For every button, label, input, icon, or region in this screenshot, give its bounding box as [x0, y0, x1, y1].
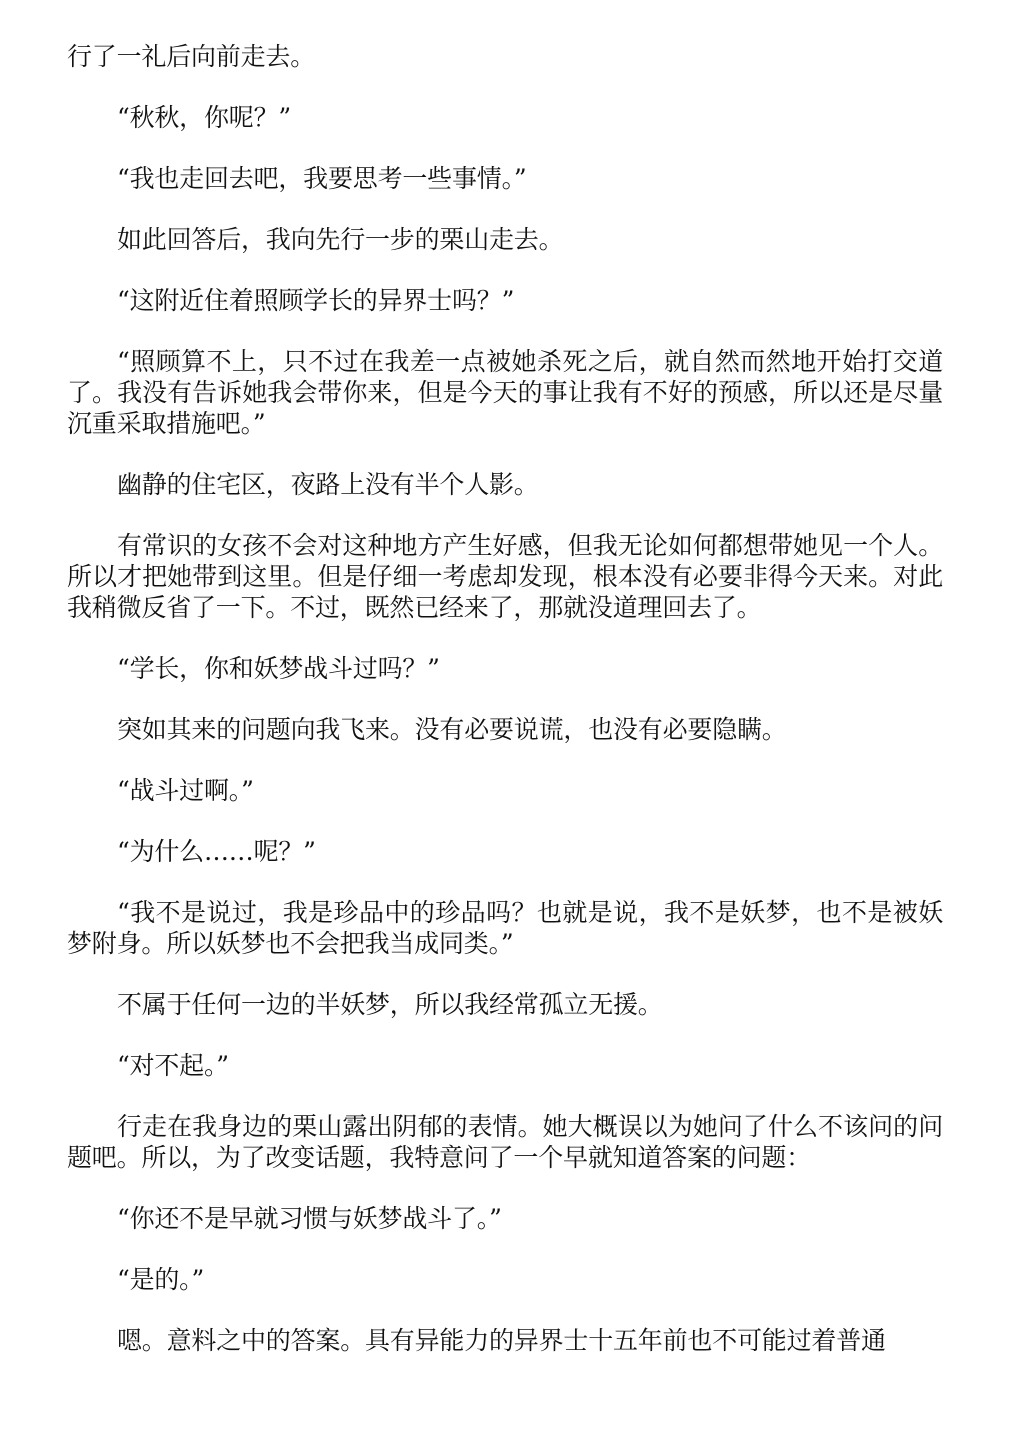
paragraph: “照顾算不上，只不过在我差一点被她杀死之后，就自然而然地开始打交道了。我没有告诉… — [67, 346, 943, 439]
paragraph: “战斗过啊。” — [67, 775, 943, 806]
paragraph: 突如其来的问题向我飞来。没有必要说谎，也没有必要隐瞒。 — [67, 714, 943, 745]
paragraph: “你还不是早就习惯与妖梦战斗了。” — [67, 1203, 943, 1234]
paragraph: 幽静的住宅区，夜路上没有半个人影。 — [67, 469, 943, 500]
paragraph: 行走在我身边的栗山露出阴郁的表情。她大概误以为她问了什么不该问的问题吧。所以，为… — [67, 1111, 943, 1173]
paragraph: 有常识的女孩不会对这种地方产生好感，但我无论如何都想带她见一个人。所以才把她带到… — [67, 530, 943, 623]
paragraph: “这附近住着照顾学长的异界士吗？” — [67, 285, 943, 316]
paragraph: 如此回答后，我向先行一步的栗山走去。 — [67, 224, 943, 255]
paragraph: “为什么……呢？” — [67, 836, 943, 867]
paragraph: “学长，你和妖梦战斗过吗？” — [67, 653, 943, 684]
paragraph: “我不是说过，我是珍品中的珍品吗？也就是说，我不是妖梦，也不是被妖梦附身。所以妖… — [67, 897, 943, 959]
document-page: 行了一礼后向前走去。 “秋秋，你呢？” “我也走回去吧，我要思考一些事情。” 如… — [67, 41, 943, 1386]
paragraph: 行了一礼后向前走去。 — [67, 41, 943, 72]
paragraph: 不属于任何一边的半妖梦，所以我经常孤立无援。 — [67, 989, 943, 1020]
paragraph: “秋秋，你呢？” — [67, 102, 943, 133]
paragraph: 嗯。意料之中的答案。具有异能力的异界士十五年前也不可能过着普通 — [67, 1325, 943, 1356]
paragraph: “对不起。” — [67, 1050, 943, 1081]
paragraph: “我也走回去吧，我要思考一些事情。” — [67, 163, 943, 194]
paragraph: “是的。” — [67, 1264, 943, 1295]
